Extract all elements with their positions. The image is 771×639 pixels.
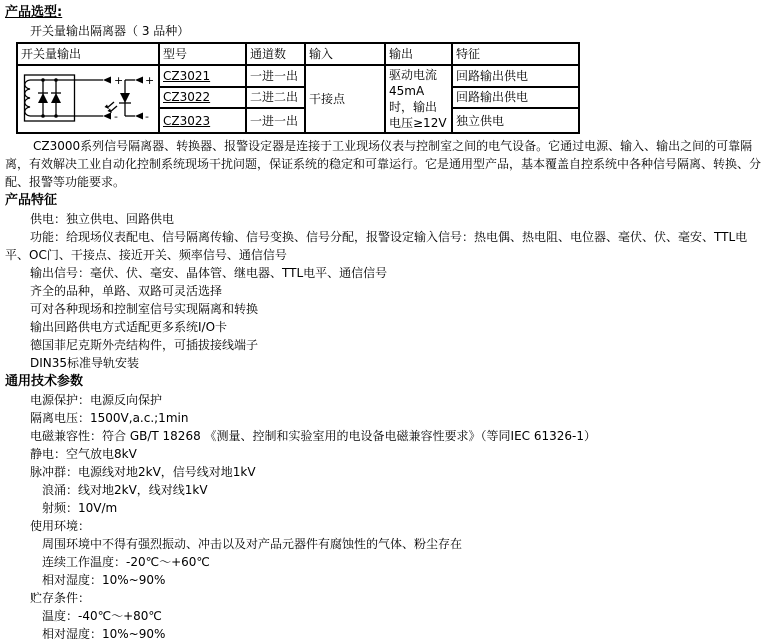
product-subtitle: 开关量输出隔离器（ 3 品种） — [5, 22, 766, 40]
circuit-diagram-cell: + - + - — [17, 65, 159, 133]
feature-cell: 独立供电 — [452, 108, 579, 133]
param-line: 周围环境中不得有强烈振动、冲击以及对产品元器件有腐蚀性的气体、粉尘存在 — [5, 535, 766, 553]
table-header-row: 开关量输出 型号 通道数 输入 输出 特征 — [17, 43, 579, 65]
section-heading-params: 通用技术参数 — [5, 372, 766, 391]
param-line: 温度：-40℃～+80℃ — [5, 607, 766, 625]
dry-contact-circuit-diagram-icon: + - + - — [21, 68, 153, 130]
param-line: 连续工作温度：-20℃～+60℃ — [5, 553, 766, 571]
product-selection-table: 开关量输出 型号 通道数 输入 输出 特征 — [16, 42, 580, 134]
minus-terminal-label: - — [114, 110, 118, 123]
param-line: 浪涌：线对地2kV，线对线1kV — [5, 481, 766, 499]
param-line: 电磁兼容性：符合 GB/T 18268 《测量、控制和实验室用的电设备电磁兼容性… — [5, 427, 766, 445]
channels-cell: 一进一出 — [246, 65, 305, 87]
feature-line: 齐全的品种，单路、双路可灵活选择 — [5, 282, 766, 300]
input-cell: 干接点 — [305, 65, 385, 133]
param-line: 电源保护：电源反向保护 — [5, 391, 766, 409]
param-line: 静电：空气放电8kV — [5, 445, 766, 463]
model-link-cz3023[interactable]: CZ3023 — [163, 114, 210, 128]
datasheet-page: 产品选型: 开关量输出隔离器（ 3 品种） 开关量输出 型号 通道数 输入 输出… — [0, 0, 771, 639]
feature-line: DIN35标准导轨安装 — [5, 354, 766, 372]
plus-terminal-label: + — [145, 74, 153, 87]
feature-cell: 回路输出供电 — [452, 65, 579, 87]
channels-cell: 一进一出 — [246, 108, 305, 133]
param-line: 相对湿度：10%~90% — [5, 625, 766, 639]
params-section: 电源保护：电源反向保护隔离电压：1500V,a.c.;1min电磁兼容性：符合 … — [5, 391, 766, 639]
model-cell: CZ3023 — [159, 108, 246, 133]
param-line: 隔离电压：1500V,a.c.;1min — [5, 409, 766, 427]
col-header-feature: 特征 — [452, 43, 579, 65]
col-header-output-type: 开关量输出 — [17, 43, 159, 65]
table-row: + - + - CZ3021 一进一出 干接点 驱动电流45mA时，输出电压≥1… — [17, 65, 579, 87]
param-line: 贮存条件： — [5, 589, 766, 607]
param-line: 脉冲群：电源线对地2kV，信号线对地1kV — [5, 463, 766, 481]
param-line: 使用环境： — [5, 517, 766, 535]
features-section: 供电：独立供电、回路供电功能：给现场仪表配电、信号隔离传输、信号变换、信号分配，… — [5, 210, 766, 372]
channels-cell: 二进二出 — [246, 87, 305, 109]
param-line: 射频：10V/m — [5, 499, 766, 517]
col-header-input: 输入 — [305, 43, 385, 65]
section-heading-features: 产品特征 — [5, 191, 766, 210]
output-cell: 驱动电流45mA时，输出电压≥12V — [385, 65, 452, 133]
plus-terminal-label: + — [114, 74, 123, 87]
minus-terminal-label: - — [145, 110, 149, 123]
feature-line: 输出信号：毫伏、伏、毫安、晶体管、继电器、TTL电平、通信信号 — [5, 264, 766, 282]
feature-line: 供电：独立供电、回路供电 — [5, 210, 766, 228]
col-header-channels: 通道数 — [246, 43, 305, 65]
model-link-cz3022[interactable]: CZ3022 — [163, 90, 210, 104]
feature-line: 输出回路供电方式适配更多系统I/O卡 — [5, 318, 766, 336]
feature-cell: 回路输出供电 — [452, 87, 579, 109]
col-header-model: 型号 — [159, 43, 246, 65]
param-line: 相对湿度：10%~90% — [5, 571, 766, 589]
model-link-cz3021[interactable]: CZ3021 — [163, 69, 210, 83]
feature-line: 功能：给现场仪表配电、信号隔离传输、信号变换、信号分配，报警设定输入信号：热电偶… — [5, 228, 766, 264]
feature-line: 可对各种现场和控制室信号实现隔离和转换 — [5, 300, 766, 318]
feature-line: 德国菲尼克斯外壳结构件，可插拔接线端子 — [5, 336, 766, 354]
col-header-output: 输出 — [385, 43, 452, 65]
model-cell: CZ3021 — [159, 65, 246, 87]
intro-paragraph: CZ3000系列信号隔离器、转换器、报警设定器是连接于工业现场仪表与控制室之间的… — [5, 137, 766, 191]
section-heading-selection: 产品选型: — [5, 3, 766, 22]
model-cell: CZ3022 — [159, 87, 246, 109]
